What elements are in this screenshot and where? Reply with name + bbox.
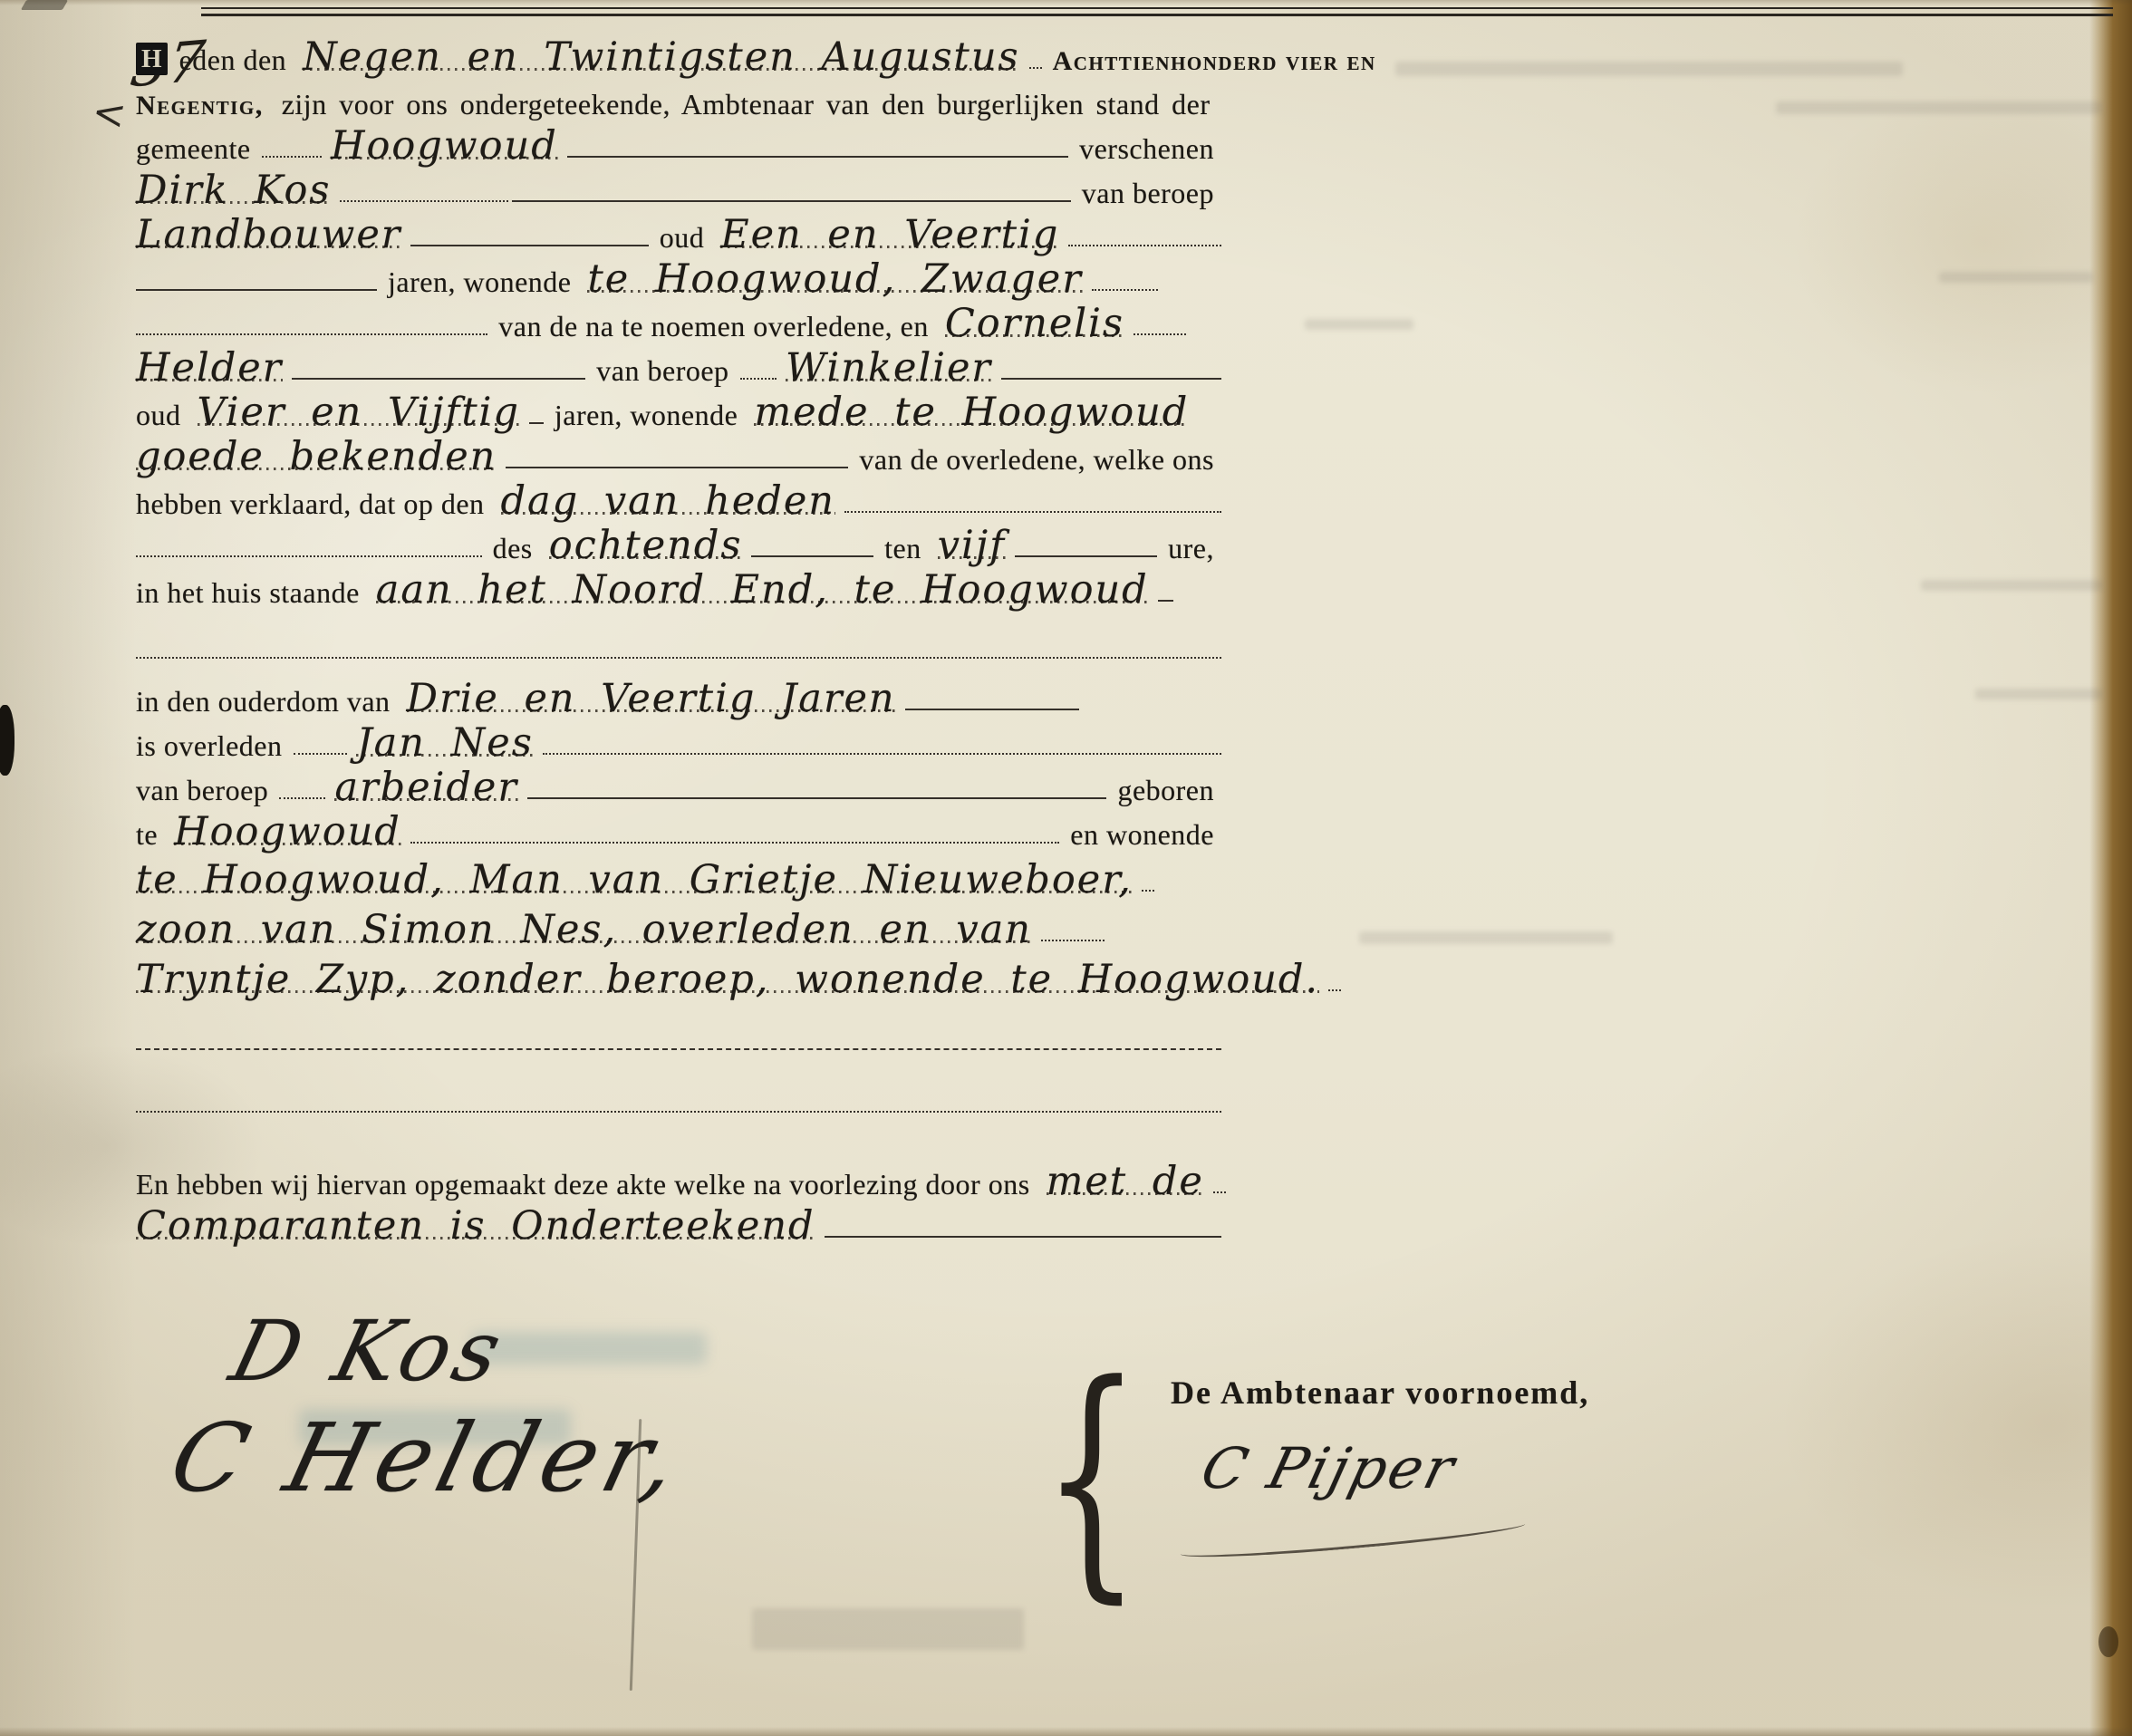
form-line: in het huis staandeaan het Noord End, te…: [136, 565, 1223, 610]
printed-text: geboren: [1117, 775, 1214, 807]
handwritten-entry: Hoogwoud: [174, 813, 401, 852]
leader-line: [1328, 989, 1341, 991]
printed-text: van beroep: [596, 355, 728, 388]
printed-text: hebben verklaard, dat op den: [136, 488, 485, 521]
leader-line: [567, 155, 1068, 158]
bleed-through-artifact: [1975, 689, 2102, 699]
leader-line: [1134, 333, 1186, 335]
bleed-through-artifact: [1395, 62, 1903, 76]
handwritten-entry: ochtends: [549, 526, 743, 565]
left-margin-shading: [0, 0, 136, 1736]
handwritten-entry: mede te Hoogwoud: [754, 393, 1189, 432]
printed-text: jaren, wonende: [388, 266, 571, 299]
handwritten-entry: Cornelis: [945, 304, 1124, 343]
form-line: Comparanten is Onderteekend: [136, 1201, 1223, 1246]
bleed-through-artifact: [1776, 101, 2102, 114]
top-double-rule-thin: [201, 7, 2113, 9]
form-lines: Heden denNegen en Twintigsten AugustusAc…: [136, 33, 1223, 1246]
handwritten-entry: Negen en Twintigsten Augustus: [303, 38, 1019, 77]
leader-line: [136, 656, 1221, 659]
printed-text: van beroep: [1082, 178, 1214, 210]
form-line: van beroeparbeidergeboren: [136, 763, 1223, 807]
handwritten-entry: met de: [1047, 1162, 1204, 1201]
leader-line: [410, 244, 648, 246]
signature-flourish: [1180, 1514, 1526, 1563]
form-line: Tryntje Zyp, zonder beroep, wonende te H…: [136, 955, 1223, 999]
handwritten-entry: Comparanten is Onderteekend: [136, 1207, 815, 1246]
form-line: is overledenJan Nes: [136, 719, 1223, 763]
leader-line: [136, 1110, 1221, 1113]
printed-text: zijn voor ons ondergeteekende, Ambtenaar…: [282, 89, 1211, 121]
handwritten-entry: Landbouwer: [136, 216, 401, 255]
handwritten-entry: Drie en Veertig Jaren: [407, 680, 896, 719]
leader-line: [410, 841, 1059, 844]
form-line: LandbouweroudEen en Veertig: [136, 210, 1223, 255]
form-line: [136, 1076, 1223, 1121]
handwritten-entry: zoon van Simon Nes, overleden en van: [136, 911, 1032, 950]
form-line: desochtendstenvijfure,: [136, 521, 1223, 565]
top-double-rule-thick: [201, 14, 2113, 16]
bleed-through-artifact: [1921, 580, 2102, 591]
leader-line: [543, 752, 1221, 755]
form-line: Heden denNegen en Twintigsten AugustusAc…: [136, 33, 1223, 77]
leader-line: [294, 752, 348, 755]
form-line: Heldervan beroepWinkelier: [136, 343, 1223, 388]
printed-text: ure,: [1168, 533, 1214, 565]
form-line: van de na te noemen overledene, enCornel…: [136, 299, 1223, 343]
witness-signature-helder: C Helder,: [160, 1403, 696, 1513]
leader-line: [1029, 66, 1042, 69]
handwritten-entry: te Hoogwoud, Zwager: [587, 260, 1082, 299]
printed-text: in den ouderdom van: [136, 686, 391, 719]
signature-brace: {: [1042, 1352, 1141, 1605]
form-line: [136, 622, 1223, 667]
handwritten-entry: Een en Veertig: [720, 216, 1059, 255]
printed-text: des: [493, 533, 533, 565]
printed-smallcaps: Negentig,: [136, 91, 264, 121]
printed-text: eden den: [179, 44, 287, 77]
form-line: gemeenteHoogwoudverschenen: [136, 121, 1223, 166]
officiant-signature: C Pijper: [1195, 1435, 1463, 1501]
leader-line: [136, 555, 482, 557]
leader-line: [825, 1235, 1221, 1238]
handwritten-entry: goede bekenden: [136, 438, 497, 477]
handwritten-entry: arbeider: [334, 768, 517, 807]
printed-text: oud: [136, 400, 181, 432]
form-line: Negentig,zijn voor ons ondergeteekende, …: [136, 77, 1223, 121]
leader-line: [905, 708, 1079, 710]
leader-line: [1015, 555, 1157, 557]
leader-line: [1001, 377, 1221, 380]
leader-line: [292, 377, 585, 380]
printed-text: van de na te noemen overledene, en: [498, 311, 929, 343]
form-line: [136, 1014, 1223, 1058]
form-line: te Hoogwoud, Man van Grietje Nieuweboer,: [136, 855, 1223, 900]
act-form: Heden denNegen en Twintigsten AugustusAc…: [136, 33, 1223, 1246]
edge-stain: [2098, 1626, 2118, 1657]
form-line: teHoogwouden wonende: [136, 807, 1223, 852]
bleed-through-artifact: [1359, 931, 1613, 944]
page-edge: [2089, 0, 2132, 1736]
ornate-initial: H: [136, 43, 168, 75]
printed-smallcaps: Achttienhonderd vier en: [1053, 46, 1376, 77]
leader-line: [262, 155, 322, 158]
form-line: in den ouderdom vanDrie en Veertig Jaren: [136, 674, 1223, 719]
leader-line: [1041, 939, 1105, 941]
leader-line: [512, 199, 1071, 202]
leader-line: [136, 288, 377, 291]
leader-line: [340, 199, 507, 202]
handwritten-entry: Tryntje Zyp, zonder beroep, wonende te H…: [136, 960, 1319, 999]
printed-text: is overleden: [136, 730, 283, 763]
bleed-through-artifact: [752, 1608, 1024, 1650]
form-line: hebben verklaard, dat op dendag van hede…: [136, 477, 1223, 521]
bottom-edge-shadow: [0, 1727, 2132, 1736]
leader-line: [751, 555, 873, 557]
printed-text: in het huis staande: [136, 577, 360, 610]
handwritten-entry: te Hoogwoud, Man van Grietje Nieuweboer,: [136, 861, 1133, 900]
handwritten-entry: vijf: [938, 526, 1006, 565]
form-line: jaren, wonendete Hoogwoud, Zwager: [136, 255, 1223, 299]
leader-line: [1213, 1191, 1226, 1193]
bleed-through-artifact: [1939, 272, 2093, 283]
form-line: zoon van Simon Nes, overleden en van: [136, 905, 1223, 950]
handwritten-entry: Winkelier: [786, 349, 992, 388]
printed-text: te: [136, 819, 158, 852]
printed-text: verschenen: [1079, 133, 1214, 166]
leader-line: [1092, 288, 1159, 291]
form-line: goede bekendenvan de overledene, welke o…: [136, 432, 1223, 477]
handwritten-entry: dag van heden: [501, 482, 835, 521]
printed-text: gemeente: [136, 133, 251, 166]
corner-mark: [21, 0, 68, 10]
leader-line: [136, 333, 487, 335]
handwritten-entry: Dirk Kos: [136, 171, 331, 210]
form-line: Dirk Kosvan beroep: [136, 166, 1223, 210]
leader-line: [740, 377, 777, 380]
printed-text: en wonende: [1070, 819, 1214, 852]
leader-line: [1142, 889, 1154, 892]
leader-line: [136, 1047, 1221, 1050]
form-line: oudVier en Vijftigjaren, wonendemede te …: [136, 388, 1223, 432]
printed-text: van de overledene, welke ons: [859, 444, 1214, 477]
printed-text: En hebben wij hiervan opgemaakt deze akt…: [136, 1169, 1030, 1201]
leader-line: [1068, 244, 1221, 246]
death-record-page: 37 < Heden denNegen en Twintigsten Augus…: [0, 0, 2132, 1736]
top-edge-shadow: [0, 0, 2132, 5]
handwritten-entry: Vier en Vijftig: [198, 393, 520, 432]
bleed-through-artifact: [1305, 319, 1413, 330]
printed-text: van beroep: [136, 775, 268, 807]
leader-line: [1158, 599, 1174, 602]
leader-line: [844, 510, 1221, 513]
printed-text: ten: [884, 533, 921, 565]
handwritten-entry: Hoogwoud: [331, 127, 558, 166]
printed-text: jaren, wonende: [555, 400, 738, 432]
witness-signature-kos: D Kos: [222, 1303, 516, 1400]
leader-line: [279, 796, 325, 799]
handwritten-entry: aan het Noord End, te Hoogwoud: [376, 571, 1149, 610]
binding-mark: [0, 705, 14, 776]
leader-line: [506, 466, 848, 468]
form-line: En hebben wij hiervan opgemaakt deze akt…: [136, 1157, 1223, 1201]
printed-text: oud: [660, 222, 705, 255]
handwritten-entry: Helder: [136, 349, 283, 388]
handwritten-entry: Jan Nes: [356, 724, 533, 763]
leader-line: [529, 421, 544, 424]
leader-line: [527, 796, 1107, 799]
officiant-title: De Ambtenaar voornoemd,: [1171, 1374, 1589, 1412]
